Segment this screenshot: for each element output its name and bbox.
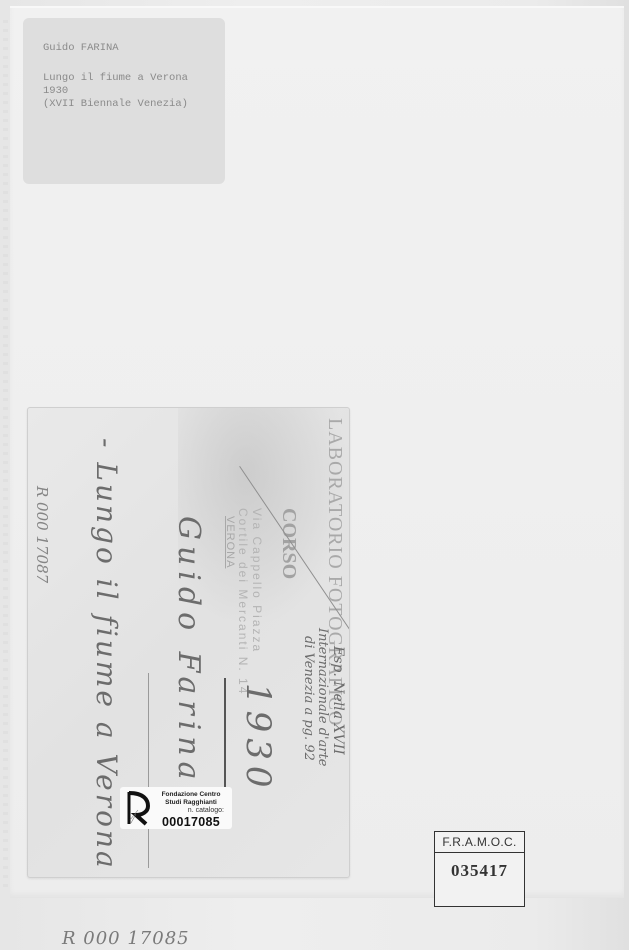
catalog-number-label: n. catalogo:	[152, 807, 224, 814]
catalog-org-line1: Fondazione Centro	[152, 791, 230, 799]
typed-artist: Guido FARINA	[43, 42, 119, 55]
pencil-line	[148, 673, 149, 868]
sleeve-perforation	[3, 20, 8, 890]
stamp-studio-name: CORSO	[277, 508, 300, 579]
handwritten-note-2: Internazionale d'arte	[315, 628, 330, 766]
archive-sheet: Guido FARINA Lungo il fiume a Verona 193…	[0, 0, 629, 950]
handwritten-year: 1930	[238, 683, 278, 794]
catalog-org-line2: Studi Ragghianti	[152, 799, 230, 807]
stamp-city: VERONA	[224, 516, 236, 568]
catalog-number: 00017085	[152, 815, 230, 829]
stamp-address-2: Cortile dei Mercanti N. 14	[236, 508, 250, 695]
typed-year: 1930	[43, 85, 68, 98]
handwritten-inventory: R 000 17087	[33, 486, 51, 583]
typed-title: Lungo il fiume a Verona	[43, 72, 188, 85]
handwritten-title: - Lungo il fiume a Verona -	[90, 438, 123, 878]
typed-exhibition: (XVII Biennale Venezia)	[43, 98, 188, 111]
ragghianti-logo-icon	[126, 790, 150, 826]
typed-label: Guido FARINA Lungo il fiume a Verona 193…	[23, 18, 225, 184]
bottom-inventory-number: R 000 17085	[62, 928, 190, 949]
ink-line	[224, 678, 226, 793]
framoc-header: F.R.A.M.O.C.	[435, 832, 524, 853]
catalog-label: Fondazione Centro Studi Ragghianti n. ca…	[120, 787, 232, 829]
handwritten-artist: Guido Farina	[171, 516, 206, 786]
framoc-number: 035417	[435, 861, 524, 881]
stamp-address-1: Via Cappello Piazza	[250, 508, 264, 653]
framoc-stamp: F.R.A.M.O.C. 035417	[434, 831, 525, 907]
catalog-org: Fondazione Centro Studi Ragghianti	[152, 791, 230, 807]
handwritten-note-1: Esp. Nella XVII	[330, 646, 346, 755]
handwritten-note-3: di Venezia a pg. 92	[301, 636, 316, 761]
